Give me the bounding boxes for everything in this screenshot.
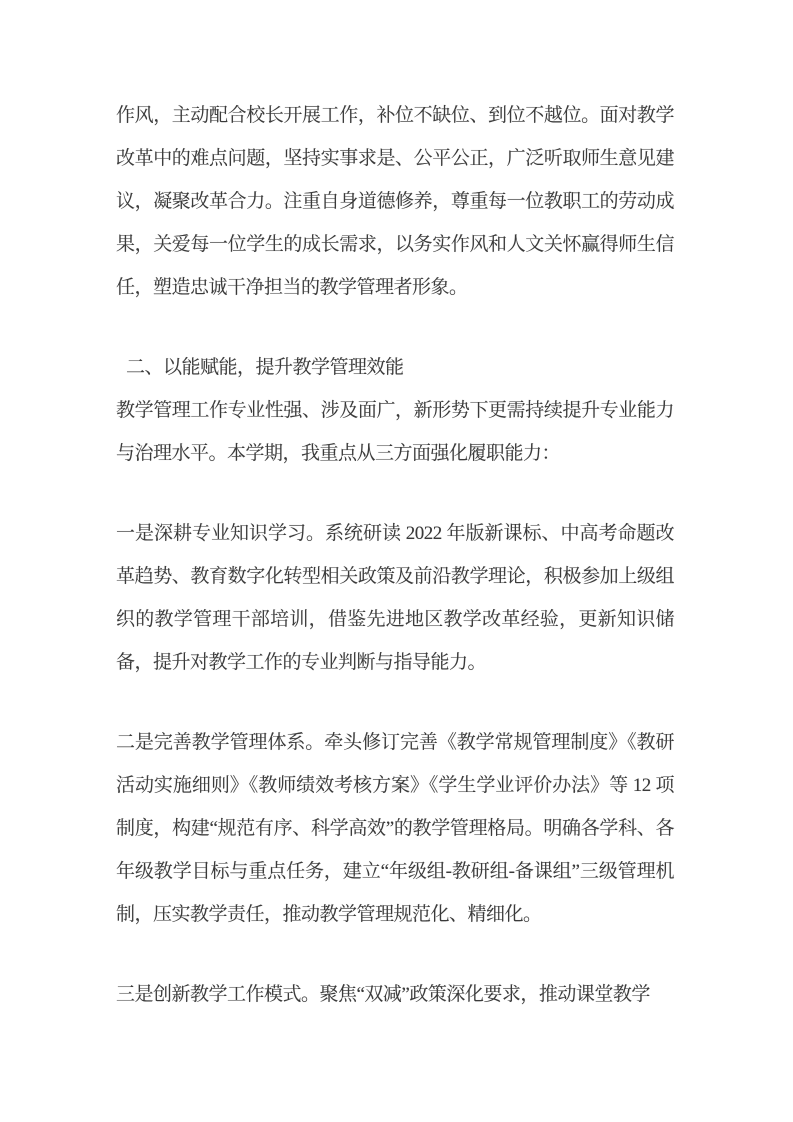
text-column: 作风，主动配合校长开展工作，补位不缺位、到位不越位。面对教学改革中的难点问题，坚… bbox=[116, 94, 674, 1016]
body-paragraph: 教学管理工作专业性强、涉及面广，新形势下更需持续提升专业能力与治理水平。本学期，… bbox=[116, 389, 674, 475]
section-heading: 二、以能赋能，提升教学管理效能 bbox=[116, 346, 674, 389]
body-paragraph: 二是完善教学管理体系。牵头修订完善《教学常规管理制度》《教研活动实施细则》《教师… bbox=[116, 721, 674, 936]
document-page: 作风，主动配合校长开展工作，补位不缺位、到位不越位。面对教学改革中的难点问题，坚… bbox=[0, 0, 793, 1122]
body-paragraph: 三是创新教学工作模式。聚焦“双减”政策深化要求，推动课堂教学 bbox=[116, 973, 674, 1016]
body-paragraph: 一是深耕专业知识学习。系统研读 2022 年版新课标、中高考命题改革趋势、教育数… bbox=[116, 512, 674, 684]
body-paragraph: 作风，主动配合校长开展工作，补位不缺位、到位不越位。面对教学改革中的难点问题，坚… bbox=[116, 94, 674, 309]
